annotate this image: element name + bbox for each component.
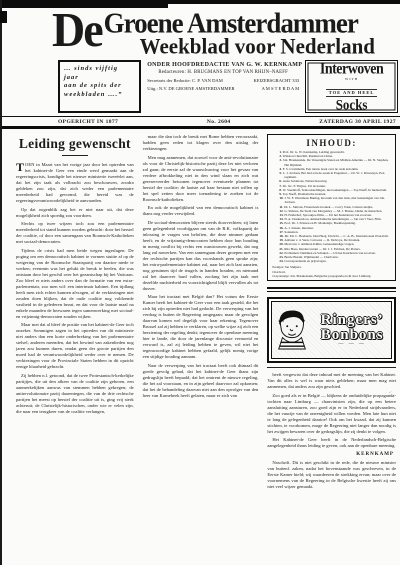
ad-brand: Interwoven [308, 62, 395, 76]
postscript-paragraph: Naschrift. Dit is niet geschikt in de re… [267, 460, 396, 490]
article-paragraph: Slechts op twee wijzen toch zou een parl… [16, 221, 134, 245]
address-line: KEIZERSGRACHT 333 [253, 78, 299, 83]
issue-date: ZATERDAG 30 APRIL 1927 [319, 119, 396, 125]
page-content: Leiding gewenscht TOEN in Maart van het … [0, 129, 400, 492]
ringers-bonbons-ad: Ringers’ Bonbons — — — [267, 297, 396, 363]
table-of-contents-box: INHOUD: Prof. Dr. G. W. Kernkamp, Leidin… [267, 134, 396, 281]
newspaper-subtitle: Weekblad voor Nederland [140, 36, 375, 57]
article-paragraph: Maar het tractaat met België dan? Het vo… [143, 294, 259, 360]
article-paragraph: Tijdens de crisis had men beide wegen in… [16, 248, 134, 320]
masthead-initial: De [52, 9, 102, 51]
article-paragraph: heeft vergewist dat deze inhoud met de m… [267, 372, 396, 390]
slogan-line: weekbladen ….” [64, 91, 135, 100]
article-paragraph: maar die dan toch de breuk met Rome hebb… [143, 134, 259, 152]
toc-item: Joh. Braakensiek, De Vereenigde Staten e… [279, 158, 391, 166]
section-divider [267, 287, 396, 292]
article-paragraph: Zij hebben n.l. getoond, dat de twee Pro… [16, 373, 134, 415]
toc-item: Correspondentie en prijsvragen. [279, 259, 391, 263]
toc-title: INHOUD: [272, 138, 391, 148]
toc-extras: Prentjes: Jan Sluijters. Charivari. Cray… [272, 265, 391, 278]
headline-divider [62, 155, 88, 156]
slogan-box: … sinds vijftig jaar aan de spits der we… [58, 60, 141, 113]
editorial-block: ONDER HOOFDREDACTIE VAN G. W. KERNKAMP R… [147, 60, 299, 113]
article-paragraph: Naar de verwerping van het tractaat heef… [143, 363, 259, 399]
article-paragraph: Het Kabinet-de Geer heeft in de Nederlan… [267, 437, 396, 449]
article-paragraph: Op dat oogenblik zag het er niet naar ui… [16, 207, 134, 219]
article-paragraph: Maar met dat al bleef de positie van het… [16, 322, 134, 370]
issue-number: No. 2604 [207, 119, 231, 125]
city-line: A M S T E R D A M [262, 86, 300, 91]
dateline-bar: OPGERICHT IN 1877 No. 2604 ZATERDAG 30 A… [0, 116, 400, 129]
toc-list: Prof. Dr. G. W. Kernkamp, Leiding gewens… [272, 150, 391, 263]
ad-bottom-rule [267, 367, 396, 368]
article-paragraph: Zoo goed als er in België — blijkens de … [267, 393, 396, 435]
boy-portrait-illustration [273, 308, 311, 352]
article-paragraph: En ook de mogelijkheid van een democrati… [143, 205, 259, 217]
article-paragraph: De sociaal-democraten blijven steeds doo… [143, 220, 259, 292]
article-paragraph: TOEN in Maart van het vorige jaar door h… [16, 162, 134, 204]
editors-line: Redacteuren: H. BRUGMANS EN TOP VAN RHIJ… [147, 70, 299, 75]
founded-label: OPGERICHT IN 1877 [58, 119, 118, 125]
toc-item: L. J. Jordaan, Het lied-van-de-week in E… [279, 171, 391, 179]
interwoven-socks-ad: Interwoven WITH TOE AND HEEL Socks [305, 60, 398, 113]
scan-edge-artifact [0, 0, 2, 565]
article-column-2: maar die dan toch de breuk met Rome hebb… [143, 134, 259, 492]
slogan-line: … sinds vijftig jaar [64, 65, 135, 82]
masthead-info-row: … sinds vijftig jaar aan de spits der we… [58, 60, 398, 113]
ad-brand-line2: Bonbons [314, 328, 390, 343]
article-headline: Leiding gewenscht [16, 136, 134, 152]
ad-brand-line1: Ringers’ [314, 313, 390, 328]
secretary-line: Secretaris der Redactie: C. P. VAN DAM [147, 78, 223, 83]
article-paragraph: Men mag aannemen, dat zoowel voor de ant… [143, 155, 259, 203]
slogan-line: aan de spits der [64, 82, 135, 91]
publisher-line: Uitg.: N.V. DE GROENE AMSTERDAMMER [147, 86, 234, 91]
toc-item: J. W. F. Werumeus Buning, Kroniek van de… [279, 196, 391, 204]
article-column-1: Leiding gewenscht TOEN in Maart van het … [16, 134, 134, 492]
chief-editor-line: ONDER HOOFDREDACTIE VAN G. W. KERNKAMP [147, 62, 299, 68]
toc-extra-item: Crayonnetje: Joh. Braakensiek, Belgische… [272, 274, 391, 278]
author-signature: KERNKAMP [267, 452, 394, 457]
ad-product: Socks [308, 98, 395, 111]
ad-underline-dashes: — — — [314, 343, 390, 347]
scan-edge-artifact [0, 11, 7, 23]
drop-cap: T [16, 162, 24, 172]
masthead: De Groene Amsterdammer Weekblad voor Ned… [0, 0, 400, 56]
right-column: INHOUD: Prof. Dr. G. W. Kernkamp, Leidin… [267, 134, 396, 492]
